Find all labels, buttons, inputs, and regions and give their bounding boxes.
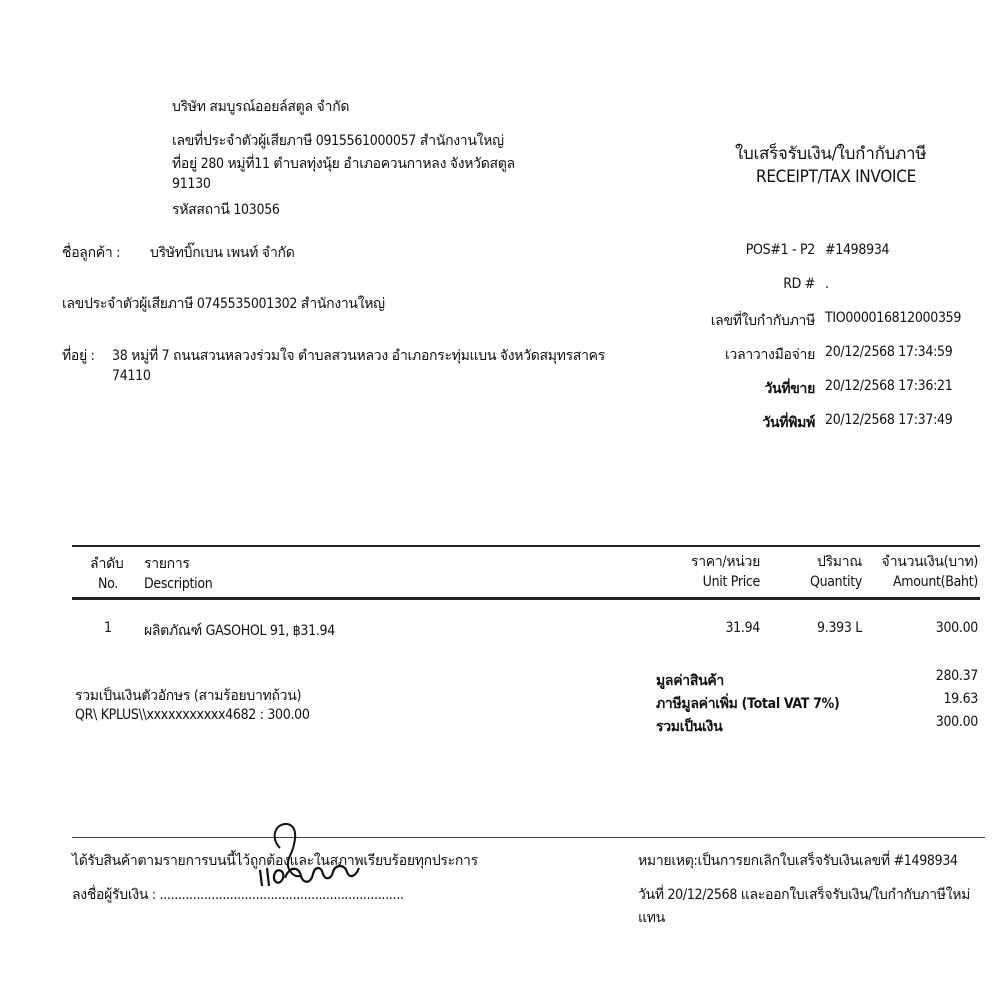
header-amount-en: Amount(Baht) <box>893 574 978 590</box>
note-line1: หมายเหตุ:เป็นการยกเลิกใบเสร็จรับเงินเลขท… <box>638 850 958 872</box>
customer-address-line2: 74110 <box>112 368 151 384</box>
meta-tax-invoice-no-label: เลขที่ใบกำกับภาษี <box>711 310 815 332</box>
header-qty-th: ปริมาณ <box>817 551 862 573</box>
meta-sale-date-value: 20/12/2568 17:36:21 <box>825 378 952 394</box>
seller-station-code: รหัสสถานี 103056 <box>172 199 280 221</box>
row-description: ผลิตภัณฑ์ GASOHOL 91, ฿31.94 <box>144 620 335 642</box>
amount-in-words: รวมเป็นเงินตัวอักษร (สามร้อยบาทถ้วน) <box>75 685 301 707</box>
total-goods-value: 280.37 <box>936 668 978 684</box>
seller-address-line2: 91130 <box>172 176 211 192</box>
header-no-th: ลำดับ <box>90 553 124 575</box>
grand-total-value: 300.00 <box>936 714 978 730</box>
customer-name-label: ชื่อลูกค้า : <box>62 242 120 264</box>
meta-rd-value: . <box>825 276 829 292</box>
customer-name: บริษัทบิ๊กเบน เพนท์ จำกัด <box>150 242 295 264</box>
seller-address-line1: ที่อยู่ 280 หมู่ที่11 ตำบลทุ่งนุ้ย อำเภอ… <box>172 153 515 175</box>
header-price-th: ราคา/หน่วย <box>691 551 760 573</box>
meta-pos-label: POS#1 - P2 <box>746 242 815 258</box>
meta-nozzle-time-value: 20/12/2568 17:34:59 <box>825 344 952 360</box>
table-top-rule <box>72 545 980 547</box>
header-no-en: No. <box>98 576 118 592</box>
note-line2: วันที่ 20/12/2568 และออกใบเสร็จรับเงิน/ใ… <box>638 884 970 906</box>
payment-method: QR\ KPLUS\\xxxxxxxxxxx4682 : 300.00 <box>75 707 310 723</box>
header-price-en: Unit Price <box>703 574 760 590</box>
table-header-rule <box>72 597 980 600</box>
document-title-english: RECEIPT/TAX INVOICE <box>756 167 916 187</box>
meta-print-date-label: วันที่พิมพ์ <box>762 412 815 434</box>
note-line3: แทน <box>638 907 665 929</box>
meta-pos-value: #1498934 <box>825 242 889 258</box>
customer-tax-id: เลขประจำตัวผู้เสียภาษี 0745535001302 สำน… <box>62 293 385 315</box>
header-desc-en: Description <box>144 576 212 592</box>
meta-print-date-value: 20/12/2568 17:37:49 <box>825 412 952 428</box>
row-no: 1 <box>104 620 112 636</box>
customer-address-line1: 38 หมู่ที่ 7 ถนนสวนหลวงร่วมใจ ตำบลสวนหลว… <box>112 345 605 367</box>
total-vat-label: ภาษีมูลค่าเพิ่ม (Total VAT 7%) <box>656 693 839 715</box>
seller-tax-id: เลขที่ประจำตัวผู้เสียภาษี 0915561000057 … <box>172 130 504 152</box>
footer-rule <box>72 837 985 838</box>
signature-scribble <box>255 818 365 888</box>
row-unit-price: 31.94 <box>725 620 760 636</box>
header-qty-en: Quantity <box>810 574 862 590</box>
row-amount: 300.00 <box>936 620 978 636</box>
total-vat-value: 19.63 <box>943 691 978 707</box>
grand-total-label: รวมเป็นเงิน <box>656 716 722 738</box>
document-title-thai: ใบเสร็จรับเงิน/ใบกำกับภาษี <box>735 140 926 167</box>
seller-name: บริษัท สมบูรณ์ออยล์สตูล จำกัด <box>172 96 349 118</box>
customer-address-label: ที่อยู่ : <box>62 345 95 367</box>
meta-rd-label: RD # <box>783 276 815 292</box>
total-goods-label: มูลค่าสินค้า <box>656 670 724 692</box>
row-quantity: 9.393 L <box>817 620 862 636</box>
header-amount-th: จำนวนเงิน(บาท) <box>882 551 978 573</box>
meta-nozzle-time-label: เวลาวางมือจ่าย <box>725 344 815 366</box>
meta-tax-invoice-no-value: TIO000016812000359 <box>825 310 961 326</box>
meta-sale-date-label: วันที่ขาย <box>765 378 816 400</box>
header-desc-th: รายการ <box>144 553 190 575</box>
